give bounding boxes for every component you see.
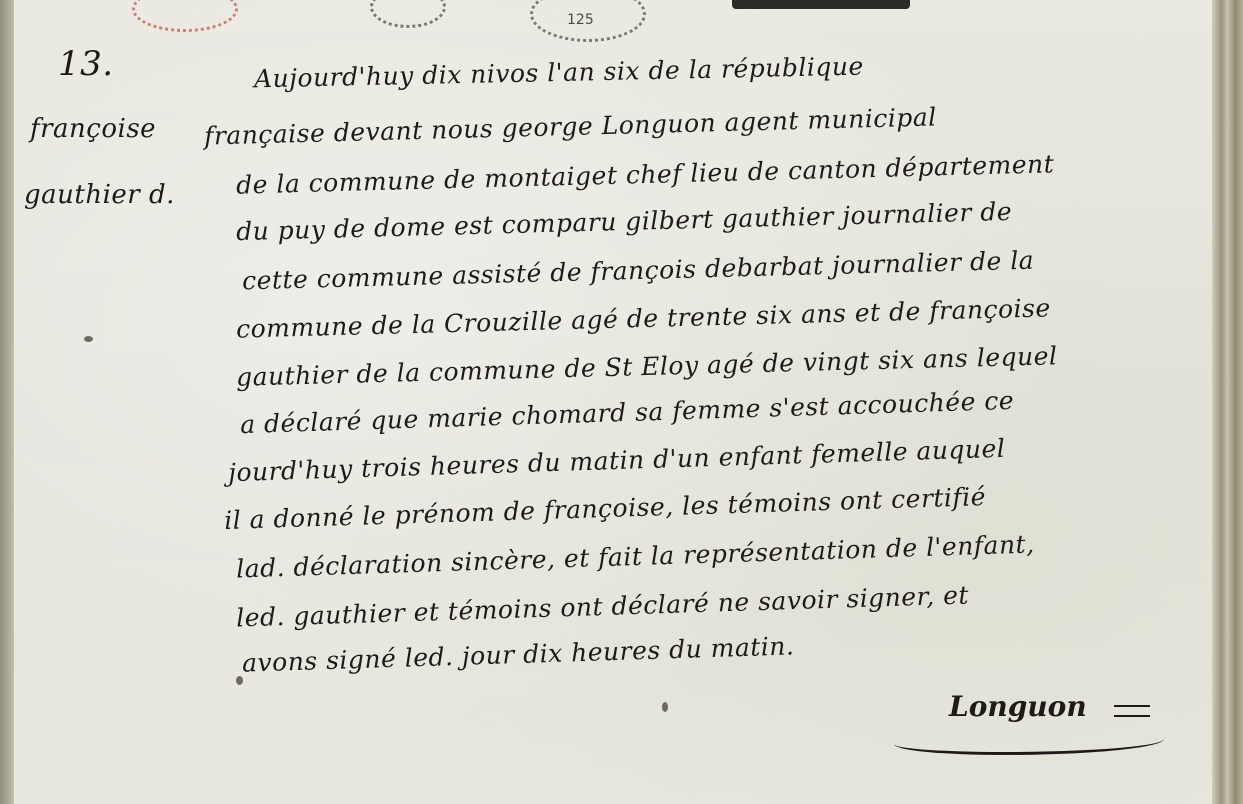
signature-flourish <box>894 728 1164 755</box>
record-line-11: lad. déclaration sincère, et fait la rep… <box>236 529 1035 583</box>
record-line-12: led. gauthier et témoins ont déclaré ne … <box>236 580 970 632</box>
record-line-6: commune de la Crouzille agé de trente si… <box>236 293 1051 343</box>
record-line-2: française devant nous george Longuon age… <box>204 102 937 150</box>
margin-note-surname: gauthier d. <box>24 180 175 210</box>
record-line-3: de la commune de montaiget chef lieu de … <box>236 149 1055 199</box>
record-line-7: gauthier de la commune de St Eloy agé de… <box>236 341 1058 391</box>
record-line-5: cette commune assisté de françois debarb… <box>242 246 1035 296</box>
entry-number: 13. <box>58 44 114 84</box>
record-line-9: jourd'huy trois heures du matin d'un enf… <box>228 434 1006 487</box>
record-line-4: du puy de dome est comparu gilbert gauth… <box>236 197 1013 246</box>
header-stamp-bar <box>732 0 910 9</box>
record-line-8: a déclaré que marie chomard sa femme s'e… <box>240 386 1015 439</box>
document-page: 125 13. françoise gauthier d. Aujourd'hu… <box>14 0 1214 804</box>
book-binding-edge <box>1212 0 1243 804</box>
margin-note-given-name: françoise <box>30 114 156 144</box>
red-seal-stamp <box>132 0 238 32</box>
ink-spot <box>84 336 93 342</box>
record-line-10: il a donné le prénom de françoise, les t… <box>224 482 987 535</box>
officer-signature: Longuon <box>949 690 1087 723</box>
ink-spot <box>662 702 668 712</box>
signature-dash <box>1114 705 1150 717</box>
record-line-13: avons signé led. jour dix heures du mati… <box>242 631 795 677</box>
gray-seal-stamp <box>370 0 446 28</box>
record-line-1: Aujourd'huy dix nivos l'an six de la rép… <box>254 52 864 94</box>
stamp-number: 125 <box>567 12 594 28</box>
ink-spot <box>236 676 243 685</box>
